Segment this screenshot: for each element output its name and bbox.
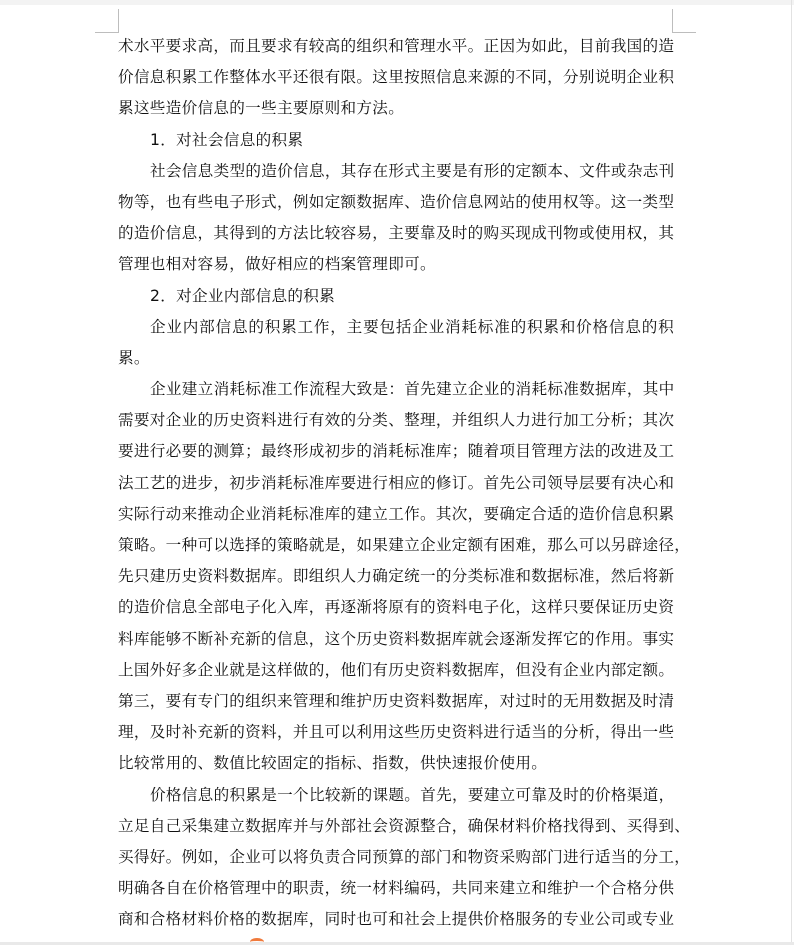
text-line: 的造价信息全部电子化入库，再逐渐将原有的资料电子化，这样只要保证历史资 [118, 592, 674, 623]
text-line: 企业内部信息的积累工作，主要包括企业消耗标准的积累和价格信息的积 [118, 312, 674, 343]
section-heading: 2．对企业内部信息的积累 [118, 281, 674, 312]
text-line: 料库能够不断补充新的信息，这个历史资料数据库就会逐渐发挥它的作用。事实 [118, 624, 674, 655]
crop-mark-left-vertical [118, 9, 119, 32]
text-line: 先只建历史资料数据库。即组织人力确定统一的分类标准和数据标准，然后将新 [118, 561, 674, 592]
text-line: 企业建立消耗标准工作流程大致是：首先建立企业的消耗标准数据库，其中 [118, 374, 674, 405]
text-line: 法工艺的进步，初步消耗标准库要进行相应的修订。首先公司领导层要有决心和 [118, 468, 674, 499]
text-line: 价格信息的积累是一个比较新的课题。首先，要建立可靠及时的价格渠道， [118, 780, 674, 811]
text-line: 累。 [118, 343, 674, 374]
text-line: 买得好。例如，企业可以将负责合同预算的部门和物资采购部门进行适当的分工， [118, 842, 674, 873]
crop-mark-right-horizontal [672, 32, 696, 33]
text-line: 策略。一种可以选择的策略就是，如果建立企业定额有困难，那么可以另辟途径， [118, 530, 674, 561]
text-line: 管理也相对容易，做好相应的档案管理即可。 [118, 249, 674, 280]
paragraph: 社会信息类型的造价信息，其存在形式主要是有形的定额本、文件或杂志刊物等，也有些电… [118, 156, 674, 281]
text-line: 1．对社会信息的积累 [118, 125, 674, 156]
text-line: 商和合格材料价格的数据库，同时也可和社会上提供价格服务的专业公司或专业 [118, 904, 674, 935]
text-line: 社会信息类型的造价信息，其存在形式主要是有形的定额本、文件或杂志刊 [118, 156, 674, 187]
text-line: 理，及时补充新的资料，并且可以利用这些历史资料进行适当的分析，得出一些 [118, 717, 674, 748]
paragraph: 价格信息的积累是一个比较新的课题。首先，要建立可靠及时的价格渠道，立足自己采集建… [118, 780, 674, 936]
paragraph: 企业建立消耗标准工作流程大致是：首先建立企业的消耗标准数据库，其中需要对企业的历… [118, 374, 674, 779]
text-line: 2．对企业内部信息的积累 [118, 281, 674, 312]
window-top-bar [0, 0, 794, 5]
text-line: 的造价信息，其得到的方法比较容易，主要靠及时的购买现成刊物或使用权，其 [118, 218, 674, 249]
document-body[interactable]: 术水平要求高，而且要求有较高的组织和管理水平。正因为如此，目前我国的造价信息积累… [118, 31, 674, 935]
text-line: 价信息积累工作整体水平还很有限。这里按照信息来源的不同，分别说明企业积 [118, 62, 674, 93]
text-line: 比较常用的、数值比较固定的指标、指数，供快速报价使用。 [118, 748, 674, 779]
text-line: 需要对企业的历史资料进行有效的分类、整理，并组织人力进行加工分析；其次 [118, 405, 674, 436]
crop-mark-left-horizontal [95, 32, 119, 33]
crop-mark-right-vertical [672, 9, 673, 32]
section-heading: 1．对社会信息的积累 [118, 125, 674, 156]
partial-orange-icon [250, 938, 264, 945]
text-line: 累这些造价信息的一些主要原则和方法。 [118, 93, 674, 124]
paragraph: 企业内部信息的积累工作，主要包括企业消耗标准的积累和价格信息的积累。 [118, 312, 674, 374]
text-line: 明确各自在价格管理中的职责，统一材料编码，共同来建立和维护一个合格分供 [118, 873, 674, 904]
paragraph: 术水平要求高，而且要求有较高的组织和管理水平。正因为如此，目前我国的造价信息积累… [118, 31, 674, 125]
text-line: 立足自己采集建立数据库并与外部社会资源整合，确保材料价格找得到、买得到、 [118, 811, 674, 842]
page-right-edge [791, 0, 792, 945]
text-line: 要进行必要的测算；最终形成初步的消耗标准库；随着项目管理方法的改进及工 [118, 436, 674, 467]
text-line: 术水平要求高，而且要求有较高的组织和管理水平。正因为如此，目前我国的造 [118, 31, 674, 62]
text-line: 物等，也有些电子形式，例如定额数据库、造价信息网站的使用权等。这一类型 [118, 187, 674, 218]
text-line: 第三，要有专门的组织来管理和维护历史资料数据库，对过时的无用数据及时清 [118, 686, 674, 717]
text-line: 上国外好多企业就是这样做的，他们有历史资料数据库，但没有企业内部定额。 [118, 655, 674, 686]
text-line: 实际行动来推动企业消耗标准库的建立工作。其次，要确定合适的造价信息积累 [118, 499, 674, 530]
